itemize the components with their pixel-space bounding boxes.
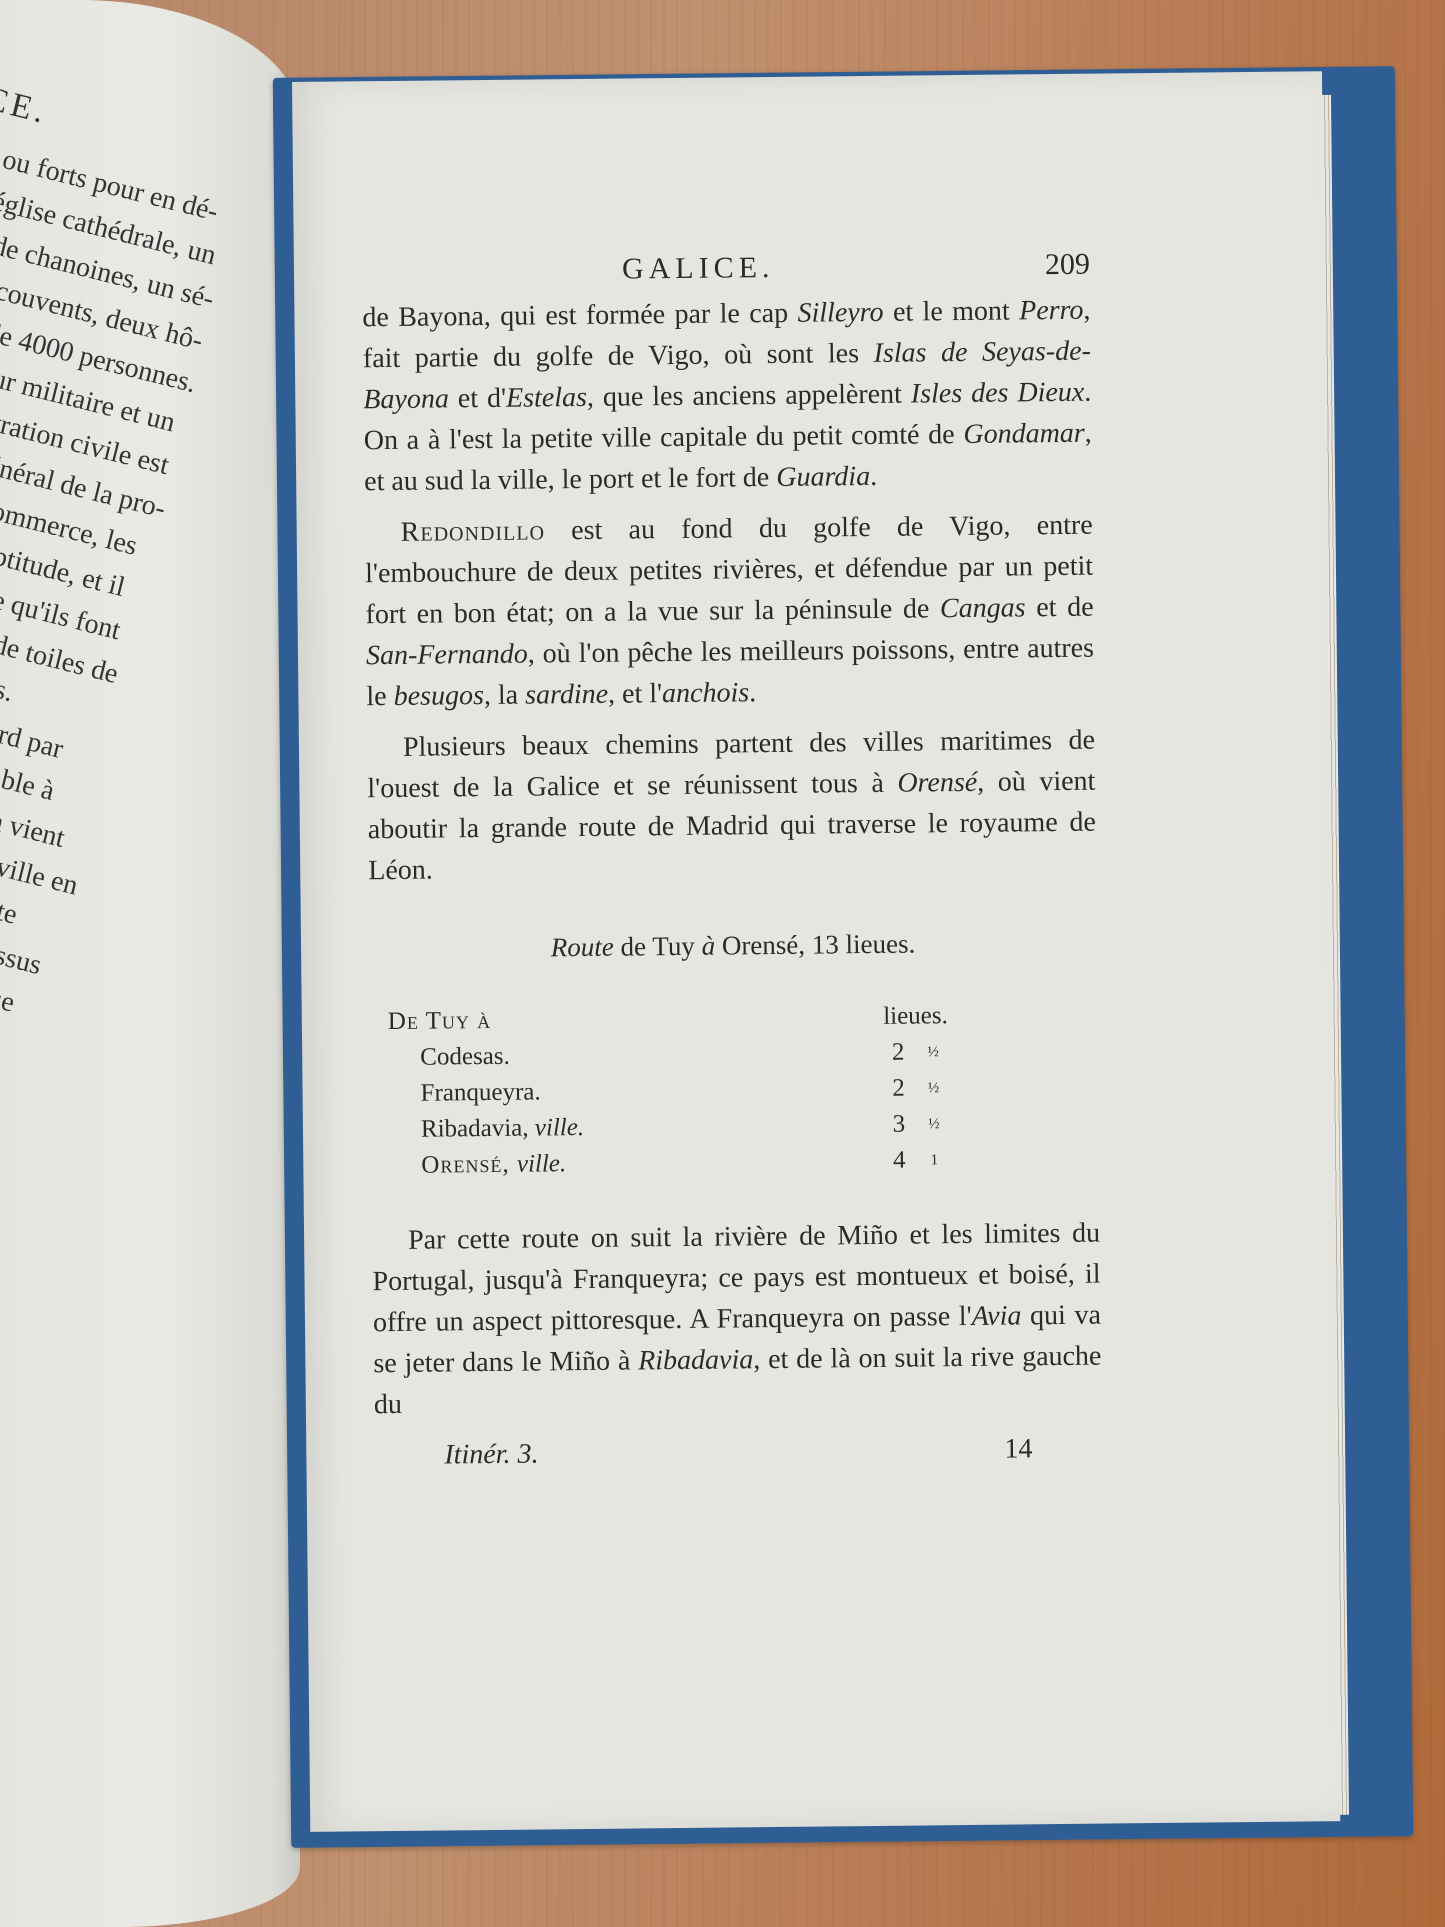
text-run: et de bbox=[1025, 592, 1093, 624]
italic-term: Orensé bbox=[897, 767, 977, 799]
signature-line: Itinér. 3. 14 bbox=[374, 1428, 1102, 1477]
text-run: et d' bbox=[449, 383, 507, 415]
itinerary-place: Ribadavia, ville. bbox=[389, 1107, 879, 1148]
volume-signature: Itinér. 3. bbox=[444, 1433, 539, 1475]
italic-term: anchois bbox=[662, 677, 749, 709]
route-a: à bbox=[701, 931, 715, 961]
running-head: GALICE. 209 bbox=[362, 244, 1090, 296]
itinerary-distance: 2 bbox=[878, 1070, 918, 1106]
page-number: 209 bbox=[1045, 244, 1090, 285]
itinerary-unit: lieues. bbox=[858, 998, 948, 1035]
text-run: . bbox=[749, 677, 756, 708]
itinerary-distance: 4 bbox=[879, 1142, 919, 1178]
italic-term: Avia bbox=[971, 1300, 1021, 1332]
itinerary-fraction: ½ bbox=[919, 1117, 949, 1131]
itinerary-table: De Tuy à lieues. Codesas.2½Franqueyra.2½… bbox=[388, 998, 950, 1184]
text-run: de Bayona, qui est formée par le cap bbox=[362, 298, 797, 334]
itinerary-distance: 3 bbox=[879, 1106, 919, 1142]
itinerary-header: De Tuy à lieues. bbox=[388, 998, 948, 1040]
route-word: Route bbox=[551, 932, 614, 963]
itinerary-row: Codesas.2½ bbox=[388, 1034, 948, 1076]
right-page: GALICE. 209 de Bayona, qui est formée pa… bbox=[292, 71, 1340, 1832]
text-run: , et l' bbox=[608, 678, 662, 710]
itinerary-from: De Tuy à bbox=[388, 999, 858, 1040]
itinerary-place: Orensé, ville. bbox=[389, 1143, 879, 1184]
itinerary-stops: Codesas.2½Franqueyra.2½Ribadavia, ville.… bbox=[388, 1034, 949, 1184]
itinerary-fraction: 1 bbox=[919, 1153, 949, 1167]
text-run: . bbox=[870, 461, 877, 492]
itinerary-fraction: ½ bbox=[918, 1045, 948, 1059]
paragraph: Plusieurs beaux chemins partent des vill… bbox=[367, 720, 1097, 892]
paragraph: Redondillo est au fond du golfe de Vigo,… bbox=[365, 505, 1095, 718]
italic-term: besugos bbox=[393, 680, 484, 712]
italic-term: Cangas bbox=[940, 592, 1026, 624]
italic-term: sardine bbox=[525, 679, 608, 711]
text-run: et le mont bbox=[883, 295, 1019, 327]
itinerary-place: Codesas. bbox=[388, 1035, 878, 1076]
italic-term: Silleyro bbox=[797, 297, 883, 329]
italic-term: Estelas bbox=[506, 382, 587, 414]
body-paragraphs: de Bayona, qui est formée par le cap Sil… bbox=[362, 290, 1096, 892]
paragraph: de Bayona, qui est formée par le cap Sil… bbox=[362, 290, 1092, 503]
italic-term: San-Fernando bbox=[366, 639, 528, 672]
closing-paragraph: Par cette route on suit la rivière de Mi… bbox=[372, 1213, 1102, 1426]
italic-term: Isles des Dieux bbox=[911, 377, 1085, 410]
itinerary-fraction: ½ bbox=[919, 1081, 949, 1095]
itinerary-row: Franqueyra.2½ bbox=[388, 1070, 948, 1112]
small-caps-term: Redondillo bbox=[401, 515, 546, 548]
italic-term: Ribadavia bbox=[638, 1344, 753, 1376]
left-page-text: ICE. aux ou forts pour en dé-une église … bbox=[0, 73, 267, 1451]
italic-term: Guardia bbox=[776, 461, 870, 493]
route-end: Orensé, 13 lieues. bbox=[715, 929, 916, 961]
italic-term: Gondamar bbox=[963, 418, 1085, 450]
left-page: ICE. aux ou forts pour en dé-une église … bbox=[0, 0, 300, 1927]
running-title: GALICE. bbox=[622, 247, 775, 290]
italic-term: Perro bbox=[1019, 295, 1084, 327]
sheet-number: 14 bbox=[1004, 1428, 1032, 1469]
route-title: Route de Tuy à Orensé, 13 lieues. bbox=[369, 922, 1097, 971]
text-run: , la bbox=[484, 680, 526, 711]
itinerary-place: Franqueyra. bbox=[388, 1071, 878, 1112]
itinerary-distance: 2 bbox=[878, 1034, 918, 1070]
itinerary-row: Ribadavia, ville.3½ bbox=[389, 1106, 949, 1148]
route-mid: de Tuy bbox=[614, 931, 702, 962]
page-content: GALICE. 209 de Bayona, qui est formée pa… bbox=[362, 244, 1103, 1477]
text-run: , que les anciens appelèrent bbox=[587, 379, 911, 413]
itinerary-row: Orensé, ville.41 bbox=[389, 1142, 949, 1184]
